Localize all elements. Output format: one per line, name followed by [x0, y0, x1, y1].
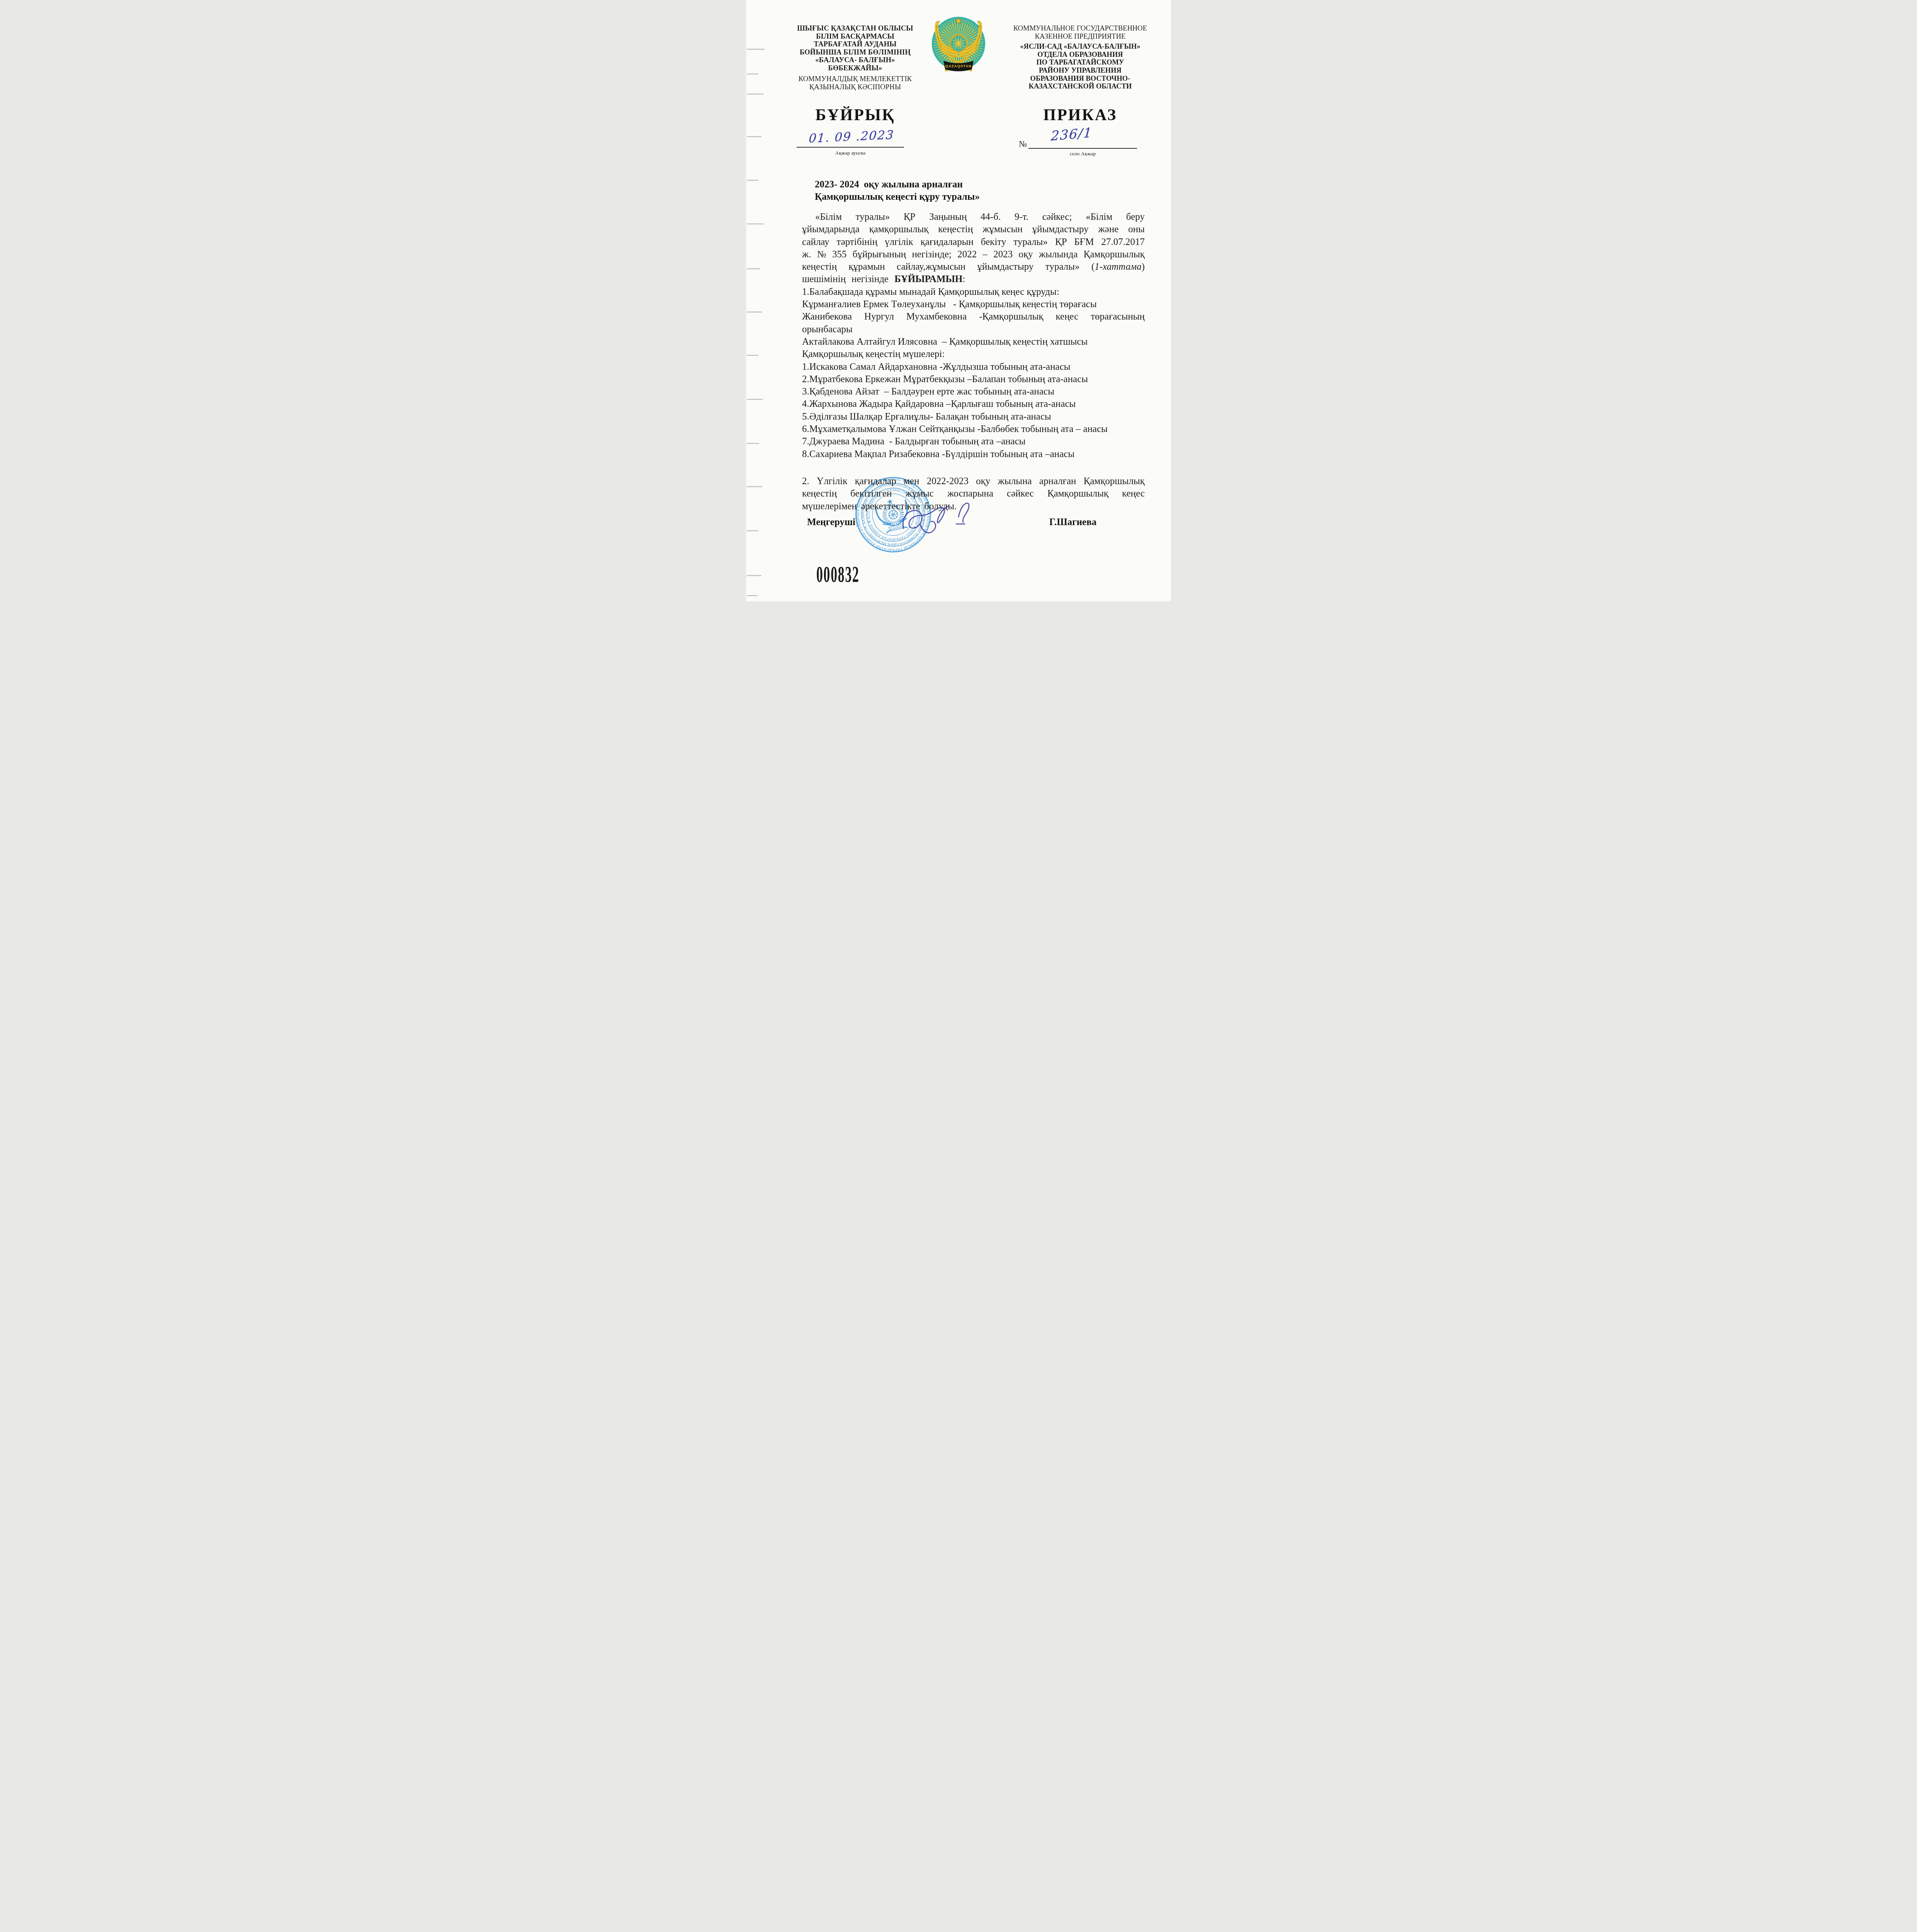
handwritten-number: 236/1 — [1038, 124, 1105, 145]
list-intro-line: 1.Балабақшада құрамы мынадай Қамқоршылық… — [802, 286, 1145, 298]
scan-dash-mark — [747, 311, 762, 313]
decree-colon: : — [963, 274, 965, 284]
org-name-line: ТАРБАҒАТАЙ АУДАНЫ — [789, 41, 922, 49]
org-name-russian-top: КОММУНАЛЬНОЕ ГОСУДАРСТВЕННОЕКАЗЕННОЕ ПРЕ… — [1009, 25, 1152, 41]
org-name-line: БӨБЕКЖАЙЫ» — [789, 65, 922, 73]
scan-dash-mark — [747, 223, 764, 224]
org-name-line: ПО ТАРБАГАТАЙСКОМУ — [1009, 59, 1152, 67]
council-officer-line: Кұрманғалиев Ермек Төлеуханұлы - Қамқорш… — [802, 298, 1145, 311]
org-name-line: РАЙОНУ УПРАВЛЕНИЯ — [1009, 67, 1152, 75]
org-name-line: КАЗАХСТАНСКОЙ ОБЛАСТИ — [1009, 83, 1152, 91]
scan-dash-mark — [747, 575, 761, 576]
scan-dash-mark — [747, 94, 764, 95]
scanned-order-page: ШЫҒЫС ҚАЗАҚСТАН ОБЛЫСЫБІЛІМ БАСҚАРМАСЫТА… — [746, 0, 1171, 601]
place-label-russian: село Акжар — [1028, 151, 1137, 157]
number-underline — [1028, 148, 1137, 149]
preamble-italic: 1-хаттама — [1094, 262, 1141, 272]
signatory-role: Меңгеруші — [807, 517, 855, 528]
preamble-text: «Білім туралы» ҚР Заңының 44-б. 9-т. сәй… — [802, 212, 1145, 272]
org-name-kazakh-sub: КОММУНАЛДЫҚ МЕМЛЕКЕТТІКҚАЗЫНАЛЫҚ КӘСІПОР… — [789, 75, 922, 92]
council-officer-line: Жанибекова Нургул Мухамбековна -Қамқоршы… — [802, 311, 1145, 336]
order-subject: 2023- 2024 оқу жылына арналғанҚамқоршылы… — [815, 179, 1054, 204]
council-member-line: 4.Жархынова Жадыра Қайдаровна –Қарлығаш … — [802, 398, 1145, 410]
org-name-russian: КОММУНАЛЬНОЕ ГОСУДАРСТВЕННОЕКАЗЕННОЕ ПРЕ… — [1009, 25, 1152, 91]
org-name-line: ОТДЕЛА ОБРАЗОВАНИЯ — [1009, 51, 1152, 59]
kazakhstan-emblem-icon: QAZAQSTAN — [931, 15, 986, 78]
council-members: 1.Искакова Самал Айдархановна -Жұлдызша … — [802, 361, 1145, 461]
scan-dash-mark — [747, 136, 761, 137]
council-member-line: 6.Мұхаметқалымова Ұлжан Сейтқанқызы -Бал… — [802, 423, 1145, 435]
scan-dash-mark — [747, 355, 758, 356]
order-title-russian: ПРИКАЗ — [1009, 106, 1152, 124]
council-member-line: 7.Джураева Мадина - Балдырған тобының ат… — [802, 435, 1145, 448]
decree-word: БҰЙЫРАМЫН — [894, 274, 962, 284]
scan-dash-mark — [747, 443, 759, 444]
serial-number: 000832 — [816, 563, 860, 586]
order-subject-line: 2023- 2024 оқу жылына арналған — [815, 179, 1054, 191]
org-name-line: ОБРАЗОВАНИЯ ВОСТОЧНО- — [1009, 75, 1152, 83]
org-name-line: КОММУНАЛДЫҚ МЕМЛЕКЕТТІК — [789, 75, 922, 83]
scan-dash-mark — [747, 180, 758, 181]
org-name-line: ШЫҒЫС ҚАЗАҚСТАН ОБЛЫСЫ — [789, 25, 922, 33]
org-name-kazakh: ШЫҒЫС ҚАЗАҚСТАН ОБЛЫСЫБІЛІМ БАСҚАРМАСЫТА… — [789, 25, 922, 92]
council-member-line: 5.Әділғазы Шалқар Ерғалиұлы- Балақан тоб… — [802, 411, 1145, 423]
org-name-kazakh-main: ШЫҒЫС ҚАЗАҚСТАН ОБЛЫСЫБІЛІМ БАСҚАРМАСЫТА… — [789, 25, 922, 73]
number-sign: № — [1019, 139, 1027, 149]
org-name-line: ҚАЗЫНАЛЫҚ КӘСІПОРНЫ — [789, 83, 922, 92]
scan-edge-artifacts — [746, 0, 777, 601]
org-name-line: «ЯСЛИ-САД «БАЛАУСА-БАЛҒЫН» — [1009, 43, 1152, 51]
council-member-line: 1.Искакова Самал Айдархановна -Жұлдызша … — [802, 361, 1145, 373]
handwritten-date: 01. 09 .2023 — [795, 128, 908, 146]
order-title-kazakh: БҰЙРЫҚ — [789, 106, 922, 124]
council-officer-line: Актайлакова Алтайгул Илясовна – Қамқоршы… — [802, 336, 1145, 348]
handwritten-signature-icon — [900, 501, 975, 541]
scan-dash-mark — [747, 399, 763, 400]
members-title-wrap: Қамқоршылық кеңестің мүшелері: — [802, 348, 1145, 361]
scan-dash-mark — [747, 595, 758, 596]
org-name-line: «БАЛАУСА- БАЛҒЫН» — [789, 56, 922, 65]
council-member-line: 2.Мұратбекова Еркежан Мұратбекқызы –Бала… — [802, 373, 1145, 386]
scan-dash-mark — [747, 49, 765, 50]
emblem-banner-text: QAZAQSTAN — [945, 64, 972, 68]
scan-dash-mark — [747, 530, 758, 531]
council-member-line: 3.Қабденова Айзат – Балдәурен ерте жас т… — [802, 386, 1145, 398]
order-body: «Білім туралы» ҚР Заңының 44-б. 9-т. сәй… — [802, 211, 1145, 513]
org-name-line: КОММУНАЛЬНОЕ ГОСУДАРСТВЕННОЕ — [1009, 25, 1152, 33]
org-name-line: КАЗЕННОЕ ПРЕДПРИЯТИЕ — [1009, 33, 1152, 41]
council-member-line: 8.Сахариева Мақпал Ризабековна -Бүлдірші… — [802, 448, 1145, 461]
council-officers: Кұрманғалиев Ермек Төлеуханұлы - Қамқорш… — [802, 298, 1145, 348]
scan-dash-mark — [747, 486, 762, 487]
order-subject-line: Қамқоршылық кеңесті құру туралы» — [815, 191, 1054, 203]
members-title-line: Қамқоршылық кеңестің мүшелері: — [802, 348, 1145, 361]
org-name-russian-main: «ЯСЛИ-САД «БАЛАУСА-БАЛҒЫН»ОТДЕЛА ОБРАЗОВ… — [1009, 43, 1152, 91]
scan-dash-mark — [747, 268, 760, 269]
place-label-kazakh: Ақжар ауылы — [797, 150, 904, 156]
date-underline — [797, 147, 904, 148]
preamble-paragraph: «Білім туралы» ҚР Заңының 44-б. 9-т. сәй… — [802, 211, 1145, 286]
org-name-line: БІЛІМ БАСҚАРМАСЫ — [789, 33, 922, 41]
org-name-line: БОЙЫНША БІЛІМ БӨЛІМІНІҢ — [789, 49, 922, 57]
signatory-name: Г.Шагиева — [1049, 517, 1096, 528]
scan-dash-mark — [747, 73, 758, 75]
list-intro-wrap: 1.Балабақшада құрамы мынадай Қамқоршылық… — [802, 286, 1145, 298]
